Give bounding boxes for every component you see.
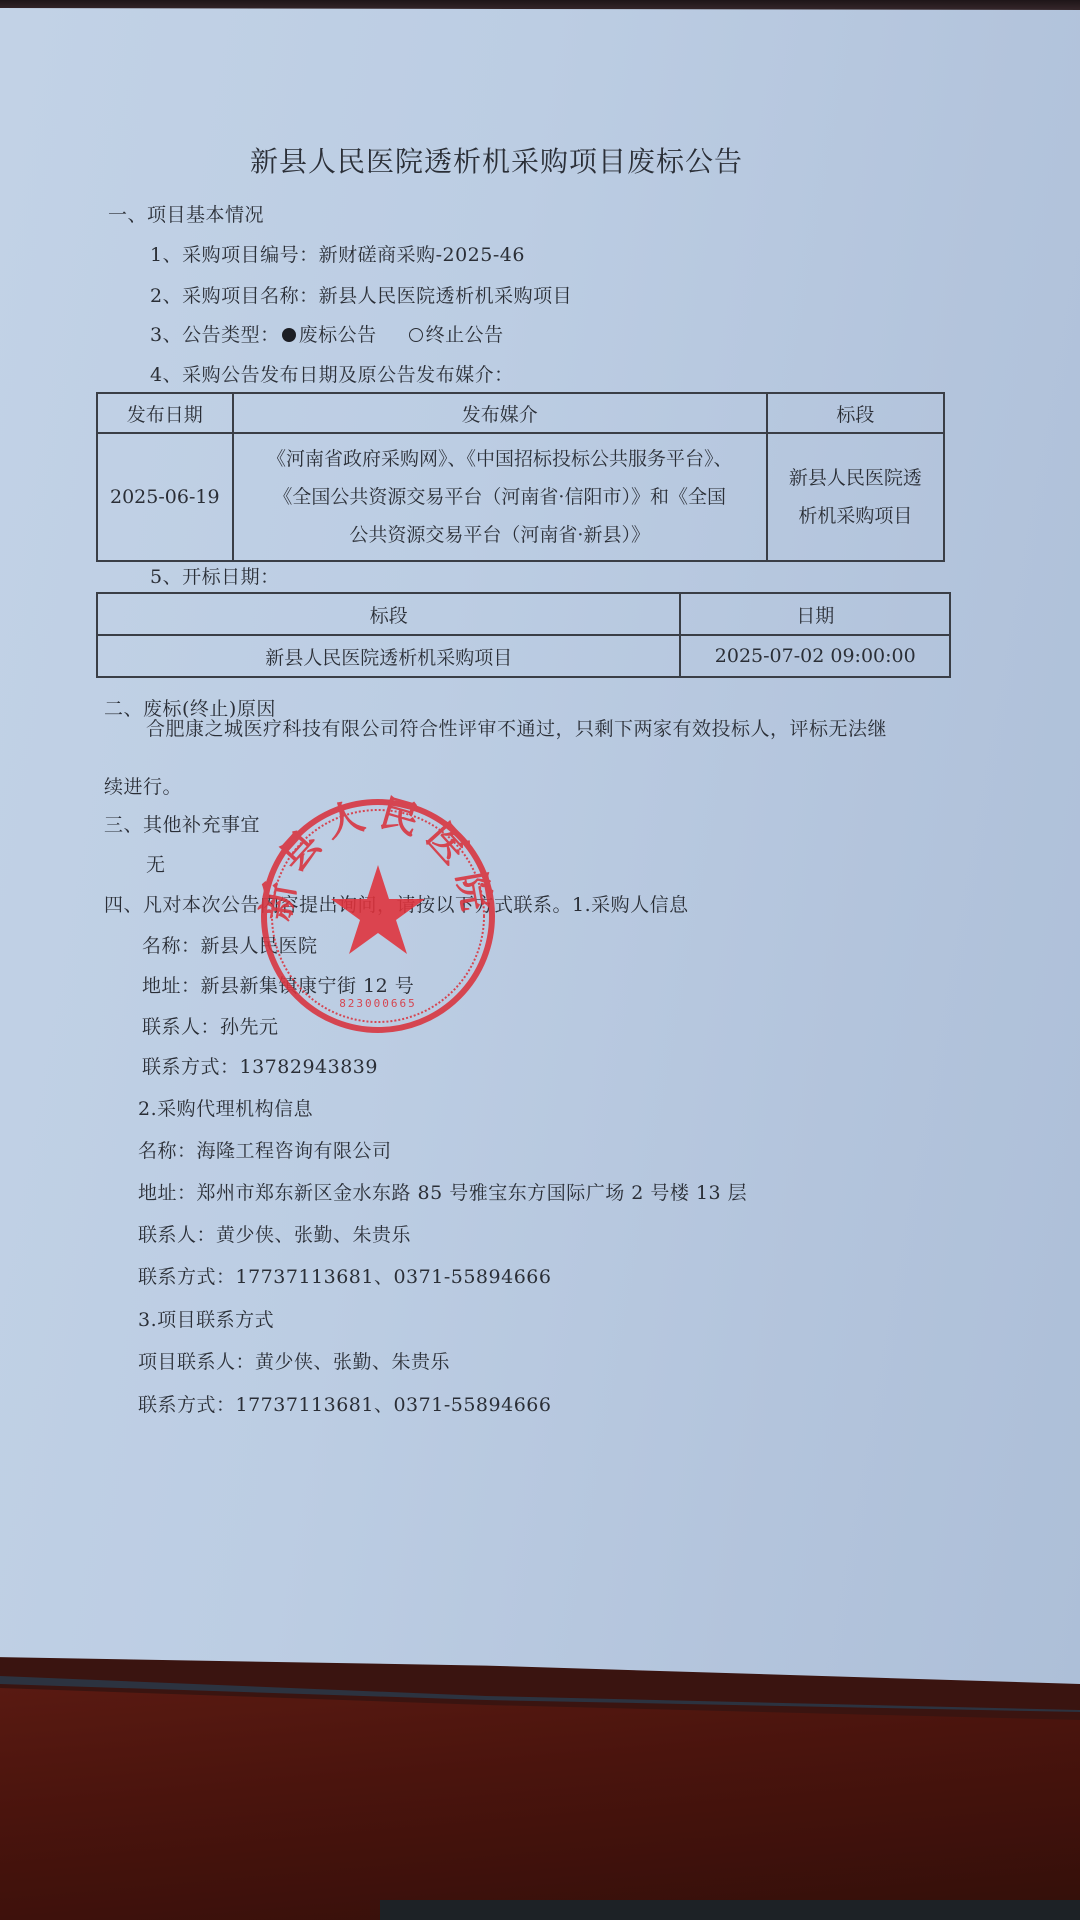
agency-phone: 联系方式：17737113681、0371-55894666 [138, 1262, 551, 1289]
project-contact-phone: 联系方式：17737113681、0371-55894666 [138, 1390, 551, 1417]
agency-address: 地址：郑州市郑东新区金水东路 85 号雅宝东方国际广场 2 号楼 13 层 [138, 1178, 747, 1205]
purchaser-phone: 联系方式：13782943839 [142, 1052, 378, 1079]
media-line: 《河南省政府采购网》、《中国招标投标公共服务平台》、 [234, 440, 766, 478]
desk-bottom-edge [380, 1900, 1080, 1920]
option-unselected-label: 终止公告 [426, 324, 504, 346]
section3-heading: 三、其他补充事宜 [104, 810, 260, 837]
agency-contact: 联系人：黄少侠、张勤、朱贵乐 [138, 1220, 411, 1247]
header-segment: 标段 [97, 593, 680, 635]
star-icon [331, 865, 425, 954]
radio-filled-icon [282, 328, 296, 342]
opening-date-cell: 2025-07-02 09:00:00 [680, 635, 950, 677]
opening-date-table: 标段 日期 新县人民医院透析机采购项目 2025-07-02 09:00:00 [96, 592, 951, 678]
project-contact-person: 项目联系人：黄少侠、张勤、朱贵乐 [138, 1347, 450, 1374]
publish-media-cell: 《河南省政府采购网》、《中国招标投标公共服务平台》、 《全国公共资源交易平台（河… [233, 433, 767, 561]
option-selected-label: 废标公告 [299, 324, 377, 346]
announcement-type-label: 3、公告类型： [150, 324, 280, 346]
segment-line: 析机采购项目 [768, 497, 943, 535]
opening-date-label: 5、开标日期： [150, 562, 280, 589]
agency-name: 名称：海隆工程咨询有限公司 [138, 1136, 392, 1163]
publish-date-cell: 2025-06-19 [97, 433, 233, 561]
segment-cell: 新县人民医院透 析机采购项目 [767, 433, 944, 561]
publish-info-label: 4、采购公告发布日期及原公告发布媒介： [150, 360, 514, 387]
media-line: 公共资源交易平台（河南省·新县）》 [234, 516, 766, 554]
header-date: 日期 [680, 593, 950, 635]
document-title: 新县人民医院透析机采购项目废标公告 [250, 140, 743, 180]
header-publish-date: 发布日期 [97, 393, 233, 433]
announcement-type: 3、公告类型：废标公告终止公告 [150, 320, 504, 347]
radio-empty-icon [409, 328, 423, 342]
wooden-desk [0, 1680, 1080, 1920]
agency-heading: 2.采购代理机构信息 [138, 1094, 313, 1121]
header-publish-media: 发布媒介 [233, 393, 767, 433]
reason-line-1: 合肥康之城医疗科技有限公司符合性评审不通过，只剩下两家有效投标人，评标无法继 [146, 714, 887, 741]
section1-heading: 一、项目基本情况 [108, 200, 264, 227]
project-name: 2、采购项目名称：新县人民医院透析机采购项目 [150, 281, 572, 308]
segment-line: 新县人民医院透 [768, 459, 943, 497]
section3-content: 无 [146, 850, 166, 877]
stamp-serial: 823000665 [339, 997, 417, 1010]
reason-line-2: 续进行。 [104, 772, 182, 799]
official-seal-stamp: 新县人民医院 823000665 [257, 795, 499, 1037]
project-number: 1、采购项目编号：新财磋商采购-2025-46 [150, 240, 525, 267]
publish-media-table: 发布日期 发布媒介 标段 2025-06-19 《河南省政府采购网》、《中国招标… [96, 392, 945, 562]
header-segment: 标段 [767, 393, 944, 433]
project-contact-heading: 3.项目联系方式 [138, 1305, 274, 1332]
media-line: 《全国公共资源交易平台（河南省·信阳市）》和《全国 [234, 478, 766, 516]
opening-segment-cell: 新县人民医院透析机采购项目 [97, 635, 680, 677]
